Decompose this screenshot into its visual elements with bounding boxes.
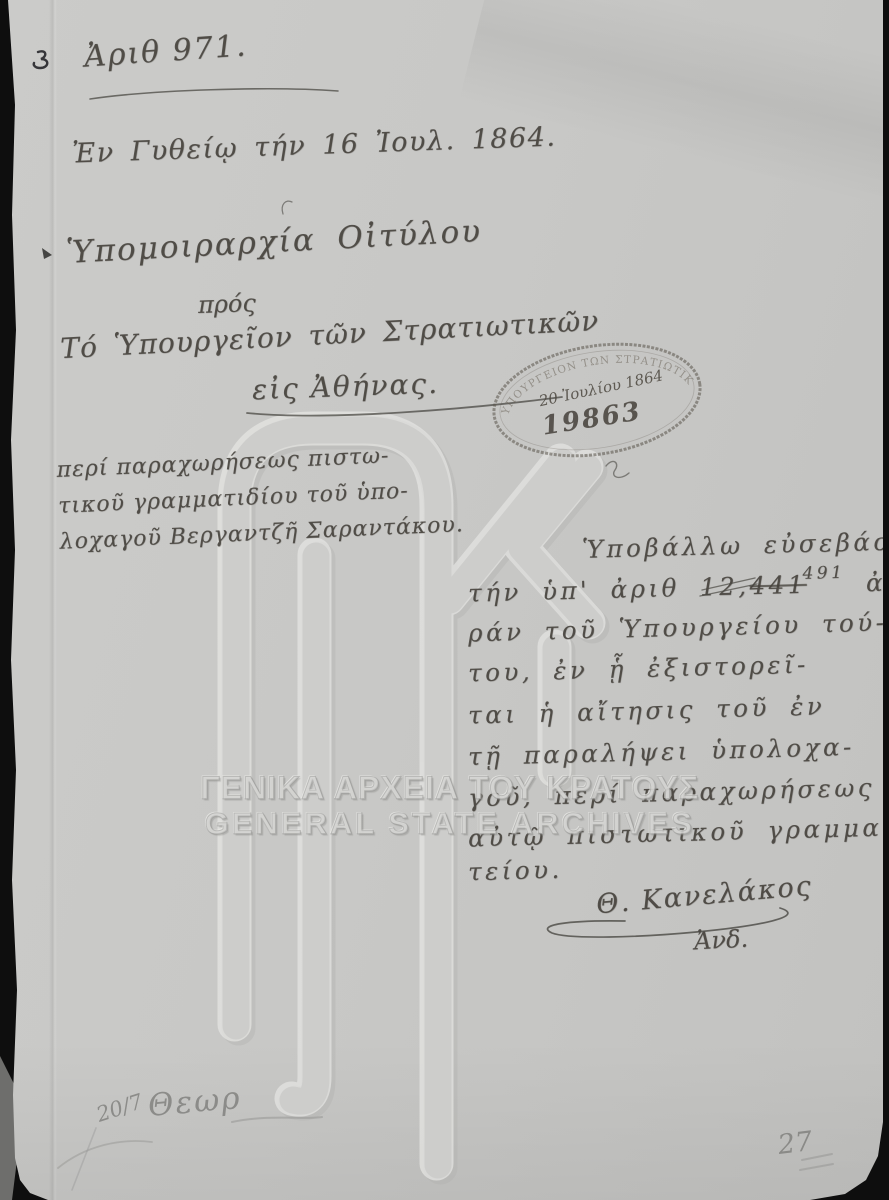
watermark-text-line-1: ΓΕΝΙΚΑ ΑΡΧΕΙΑ ΤΟΥ ΚΡΑΤΟΥΣ xyxy=(150,770,750,807)
archive-number: Ἀριθ 971. xyxy=(83,28,249,74)
diagonal-crease xyxy=(459,0,889,213)
body-line-1: Ὑποβάλλω εὐσεβάστως xyxy=(582,525,889,564)
signature-name: Θ. Κανελάκος xyxy=(595,871,814,921)
body-line-4: του, ἐν ᾗ ἐξιστορεῖ- xyxy=(468,650,809,688)
scanned-document: Ἀριθ 971. Ἐν Γυθείῳ τήν 16 Ἰουλ. 1864. Ὑ… xyxy=(0,0,889,1200)
body-line-9: τείου. xyxy=(468,855,563,886)
bottom-shade xyxy=(0,1040,889,1200)
document-page: Ἀριθ 971. Ἐν Γυθείῳ τήν 16 Ἰουλ. 1864. Ὑ… xyxy=(0,0,889,1200)
number-correction-sup: 491 xyxy=(802,563,845,584)
fold-crease xyxy=(49,0,57,1200)
signature-annotation: Ἀνδ. xyxy=(693,925,748,956)
body-line-2: τήν ὑπ' ἀριθ 12,441491 ἀναφο- xyxy=(468,565,889,607)
registry-stamp: ΥΠΟΥΡΓΕΙΟΝ ΤΩΝ ΣΤΡΑΤΙΩΤΙΚΩΝ 20 Ἰουλίου 1… xyxy=(485,338,715,468)
body-line-6: τῇ παραλήψει ὑπολοχα- xyxy=(468,732,855,771)
archive-number-underline xyxy=(90,89,338,99)
number-correction-struck: 441 xyxy=(749,570,807,600)
watermark-text-line-2: GENERAL STATE ARCHIVES xyxy=(150,806,750,842)
addressee-pros: πρός xyxy=(198,289,257,319)
ink-blot-top xyxy=(34,51,48,68)
caret-mark xyxy=(282,201,292,214)
body-line-2-pre: τήν ὑπ' ἀριθ 12, xyxy=(468,571,750,607)
pencil-page-number: 27 xyxy=(776,1126,814,1161)
body-line-5: ται ἡ αἴτησις τοῦ ἐν xyxy=(468,691,826,729)
dateline: Ἐν Γυθείῳ τήν 16 Ἰουλ. 1864. xyxy=(72,122,557,170)
body-line-2-post: ἀναφο- xyxy=(845,565,889,597)
margin-summary: περί παραχωρήσεως πιστω- τικοῦ γραμματιδ… xyxy=(56,435,465,561)
body-line-3: ράν τοῦ Ὑπουργείου τού- xyxy=(468,608,888,648)
addressee-office: Ὑπομοιραρχία Οἰτύλου xyxy=(65,213,483,271)
addressee-place: εἰς Ἀθήνας. xyxy=(251,367,439,407)
